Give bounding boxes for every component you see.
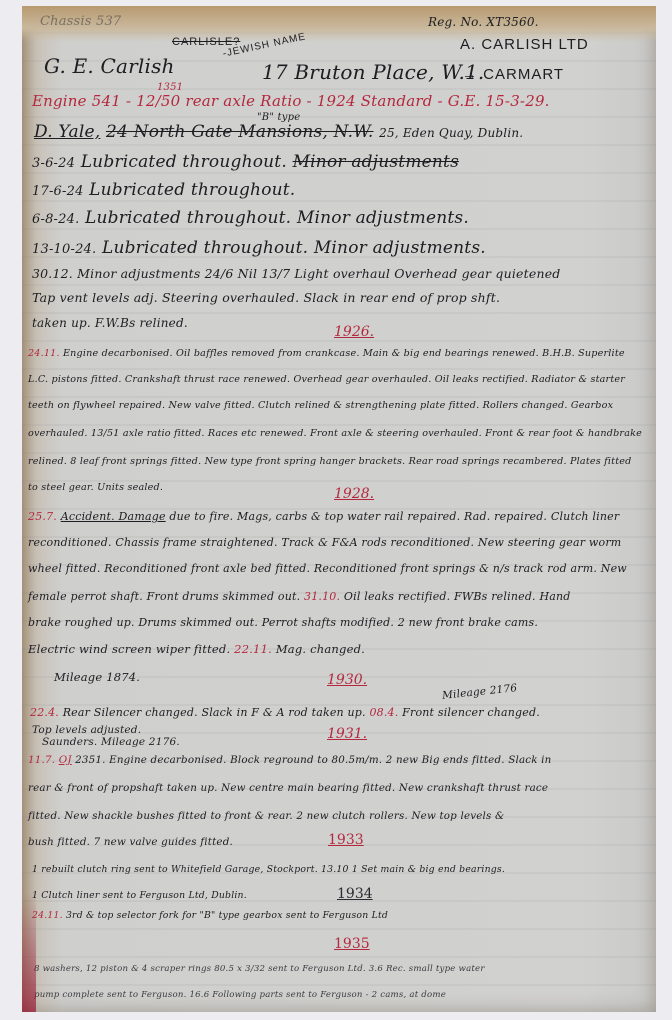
entry-1926-line-6: to steel gear. Units sealed. — [28, 482, 163, 493]
year-heading-1928: 1928. — [334, 486, 374, 502]
owner-name: G. E. Carlish — [44, 54, 175, 78]
scan-frame: Chassis 537 Reg. No. XT3560. CARLISLE? -… — [0, 0, 672, 1020]
entry-1930-line-2: Top levels adjusted. — [32, 724, 141, 736]
year-heading-1934: 1934 — [337, 886, 373, 902]
engine-line: Engine 541 - 12/50 rear axle Ratio - 192… — [32, 92, 550, 110]
page-edge-shadow — [22, 892, 36, 1012]
entry-1926-line-1: 24.11. Engine decarbonised. Oil baffles … — [28, 348, 625, 359]
mileage-1874: Mileage 1874. — [54, 670, 140, 684]
entry-1933-line-2: 1 Clutch liner sent to Ferguson Ltd, Dub… — [32, 890, 247, 901]
entry-1926-line-4: overhauled. 13/51 axle ratio fitted. Rac… — [28, 428, 642, 439]
entry-1928-line-1: 25.7. Accident. Damage due to fire. Mags… — [28, 510, 619, 523]
entry-1928-line-4: female perrot shaft. Front drums skimmed… — [28, 590, 571, 603]
entry-1935-line-1: 8 washers, 12 piston & 4 scraper rings 8… — [34, 964, 485, 974]
chassis-corner-note: Chassis 537 — [40, 14, 121, 29]
entry-1926-line-5: relined. 8 leaf front springs fitted. Ne… — [28, 456, 631, 467]
entry-1924-6: Tap vent levels adj. Steering overhauled… — [32, 290, 500, 305]
entry-1931-line-4: bush fitted. 7 new valve guides fitted. — [28, 836, 233, 848]
entry-1928-line-6: Electric wind screen wiper fitted. 22.11… — [28, 642, 365, 656]
owner-address: 17 Bruton Place, W.1. — [262, 60, 485, 84]
registration-number: Reg. No. XT3560. — [428, 15, 539, 29]
entry-1926-line-2: L.C. pistons fitted. Crankshaft thrust r… — [28, 374, 625, 385]
year-heading-1931: 1931. — [327, 726, 367, 742]
ledger-page: Chassis 537 Reg. No. XT3560. CARLISLE? -… — [22, 6, 656, 1012]
second-owner-struck-address: 24 North Gate Mansions, N.W. — [106, 122, 374, 142]
entry-1924-3: 6-8-24. Lubricated throughout. Minor adj… — [32, 208, 469, 228]
second-owner-new-address: 25, Eden Quay, Dublin. — [379, 126, 523, 140]
carmart-note: → CARMART — [462, 66, 564, 83]
year-heading-1926: 1926. — [334, 324, 374, 340]
year-heading-1930: 1930. — [327, 672, 367, 688]
entry-1933-line-1: 1 rebuilt clutch ring sent to Whitefield… — [32, 864, 505, 875]
entry-1928-line-3: wheel fitted. Reconditioned front axle b… — [28, 562, 627, 575]
second-owner: D. Yale, 24 North Gate Mansions, N.W. 25… — [34, 122, 523, 142]
entry-1934-line-1: 24.11. 3rd & top selector fork for "B" t… — [32, 910, 388, 921]
entry-1935-line-2: pump complete sent to Ferguson. 16.6 Fol… — [34, 990, 446, 1000]
entry-1931-line-3: fitted. New shackle bushes fitted to fro… — [28, 810, 504, 822]
entry-1928-line-5: brake roughed up. Drums skimmed out. Per… — [28, 616, 538, 629]
year-heading-1935: 1935 — [334, 936, 370, 952]
second-owner-name: D. Yale, — [34, 122, 100, 142]
entry-1926-line-3: teeth on flywheel repaired. New valve fi… — [28, 400, 613, 411]
entry-1928-line-2: reconditioned. Chassis frame straightene… — [28, 536, 621, 549]
entry-1930-line-1: 22.4. Rear Silencer changed. Slack in F … — [30, 706, 540, 719]
entry-1931-line-1: 11.7. OJ 2351. Engine decarbonised. Bloc… — [28, 754, 552, 766]
entry-1924-2: 17-6-24 Lubricated throughout. — [32, 180, 295, 200]
entry-1924-4: 13-10-24. Lubricated throughout. Minor a… — [32, 238, 486, 258]
year-heading-1933: 1933 — [328, 832, 364, 848]
entry-1924-7: taken up. F.W.Bs relined. — [32, 316, 188, 330]
entry-1924-1: 3-6-24 Lubricated throughout. Minor adju… — [32, 152, 459, 172]
entry-1931-line-2: rear & front of propshaft taken up. New … — [28, 782, 548, 794]
mileage-2176-note: Mileage 2176 — [442, 682, 518, 702]
saunders-note: Saunders. Mileage 2176. — [42, 736, 180, 748]
entry-1924-5: 30.12. Minor adjustments 24/6 Nil 13/7 L… — [32, 266, 561, 281]
company-name: A. CARLISH LTD — [460, 36, 589, 53]
